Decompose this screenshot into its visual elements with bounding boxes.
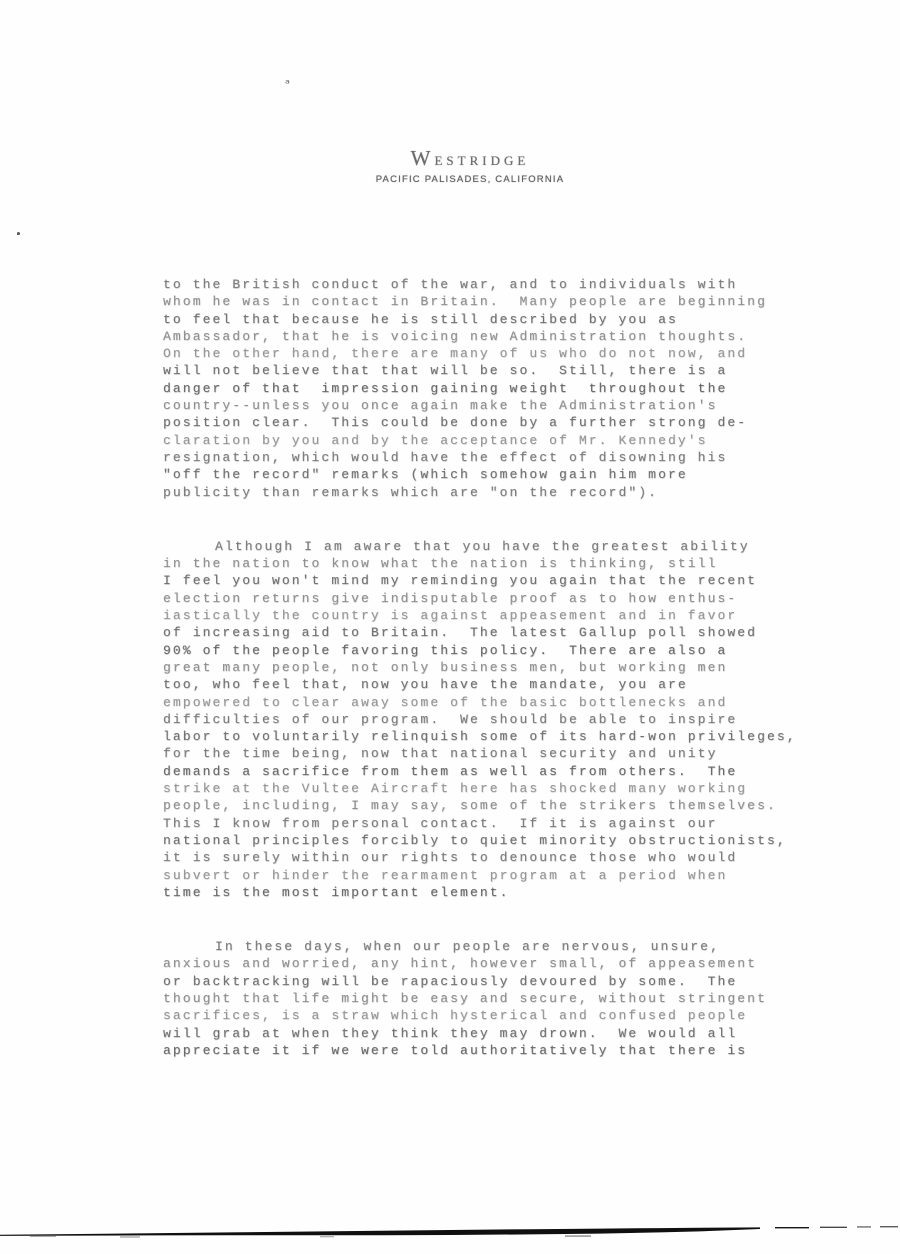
scan-edge-artifact [0, 1208, 900, 1254]
text-line: This I know from personal contact. If it… [163, 815, 853, 832]
text-line: subvert or hinder the rearmament program… [163, 867, 853, 884]
text-line: On the other hand, there are many of us … [163, 345, 853, 362]
text-line: I feel you won't mind my reminding you a… [163, 572, 853, 589]
ink-dot [17, 232, 20, 235]
text-line: people, including, I may say, some of th… [163, 797, 853, 814]
text-line: thought that life might be easy and secu… [163, 990, 853, 1007]
paragraph: In these days, when our people are nervo… [163, 938, 853, 1059]
text-line: whom he was in contact in Britain. Many … [163, 293, 853, 310]
text-line: it is surely within our rights to denoun… [163, 849, 853, 866]
text-line: or backtracking will be rapaciously devo… [163, 973, 853, 990]
text-line: "off the record" remarks (which somehow … [163, 466, 853, 483]
text-line: difficulties of our program. We should b… [163, 711, 853, 728]
text-line: country--unless you once again make the … [163, 397, 853, 414]
text-line: sacrifices, is a straw which hysterical … [163, 1007, 853, 1024]
text-line: election returns give indisputable proof… [163, 590, 853, 607]
text-line: national principles forcibly to quiet mi… [163, 832, 853, 849]
document-body: to the British conduct of the war, and t… [163, 276, 853, 1096]
text-line: to feel that because he is still describ… [163, 311, 853, 328]
text-line: empowered to clear away some of the basi… [163, 694, 853, 711]
letterhead-name-initial: W [411, 146, 435, 170]
text-line: resignation, which would have the effect… [163, 449, 853, 466]
text-line: strike at the Vultee Aircraft here has s… [163, 780, 853, 797]
text-line: for the time being, now that national se… [163, 745, 853, 762]
text-line: to the British conduct of the war, and t… [163, 276, 853, 293]
text-line: demands a sacrifice from them as well as… [163, 763, 853, 780]
text-line: iastically the country is against appeas… [163, 607, 853, 624]
text-line: great many people, not only business men… [163, 659, 853, 676]
scanned-letter-page: a WESTRIDGE PACIFIC PALISADES, CALIFORNI… [0, 0, 900, 1254]
letterhead-name-rest: ESTRIDGE [434, 153, 529, 168]
text-line: of increasing aid to Britain. The latest… [163, 624, 853, 641]
text-line: appreciate it if we were told authoritat… [163, 1042, 853, 1059]
text-line: too, who feel that, now you have the man… [163, 676, 853, 693]
text-line: position clear. This could be done by a … [163, 414, 853, 431]
paragraph: to the British conduct of the war, and t… [163, 276, 853, 501]
text-line: will grab at when they think they may dr… [163, 1025, 853, 1042]
paragraph: Although I am aware that you have the gr… [163, 538, 853, 901]
letterhead-name: WESTRIDGE [376, 146, 565, 171]
text-line: Ambassador, that he is voicing new Admin… [163, 328, 853, 345]
text-line: in the nation to know what the nation is… [163, 555, 853, 572]
ink-smudge: a [285, 78, 290, 85]
text-line: 90% of the people favoring this policy. … [163, 642, 853, 659]
letterhead: WESTRIDGE PACIFIC PALISADES, CALIFORNIA [376, 146, 565, 185]
text-line: anxious and worried, any hint, however s… [163, 955, 853, 972]
text-line: time is the most important element. [163, 884, 853, 901]
text-line: Although I am aware that you have the gr… [163, 538, 853, 555]
text-line: labor to voluntarily relinquish some of … [163, 728, 853, 745]
text-line: In these days, when our people are nervo… [163, 938, 853, 955]
text-line: will not believe that that will be so. S… [163, 362, 853, 379]
text-line: claration by you and by the acceptance o… [163, 432, 853, 449]
text-line: publicity than remarks which are "on the… [163, 484, 853, 501]
text-line: danger of that impression gaining weight… [163, 380, 853, 397]
letterhead-address: PACIFIC PALISADES, CALIFORNIA [376, 174, 565, 185]
